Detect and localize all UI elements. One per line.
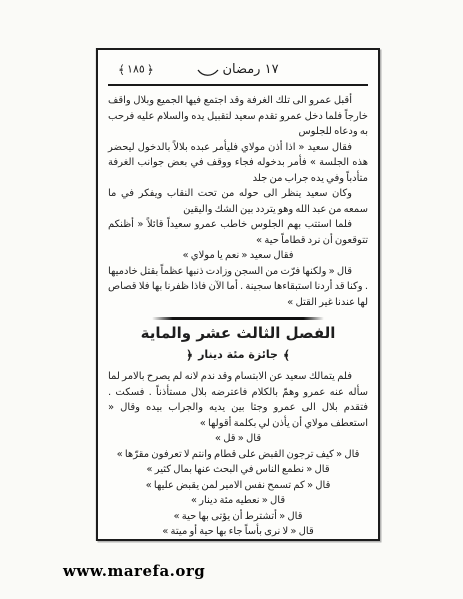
paragraph: وكان سعيد ينظر الى حوله من تحت النقاب وي…	[108, 186, 368, 217]
dialogue-line: قال « كيف ترجون القبض على قطام وانتم لا …	[108, 447, 368, 463]
dialogue-line: قال « نطمع الناس في البحث عنها بمال كثير…	[108, 462, 368, 478]
running-header: ﴾ ١٨٥ ﴿ ١٧ رمضان	[108, 54, 368, 84]
chapter-heading: الفصل الثالث عشر والماية ﴾ جائزة مئة دين…	[108, 324, 368, 361]
paragraph: فقال سعيد « اذا أذن مولاي فليأمر عبده بل…	[108, 140, 368, 187]
dialogue-line: قال « أتشترط أن يؤتى بها حية »	[108, 509, 368, 525]
title-flourish-icon	[197, 68, 219, 77]
paragraph: فلم يتمالك سعيد عن الابتسام وقد ندم لانه…	[108, 369, 368, 431]
chapter-title: الفصل الثالث عشر والماية	[108, 324, 368, 342]
header-rule	[108, 84, 368, 86]
section-divider-rule	[152, 317, 324, 320]
dialogue-line: قال « كم تسمح نفس الامير لمن يقبض عليها …	[108, 478, 368, 494]
page-number: ١٨٥	[127, 63, 145, 76]
chapter-subtitle: جائزة مئة دينار	[198, 348, 278, 361]
dialogue-line: قال « نعطيه مئة دينار »	[108, 493, 368, 509]
dialogue-line: فقال سعيد « نعم يا مولاي »	[108, 248, 368, 264]
book-title: ١٧ رمضان	[197, 62, 278, 77]
dialogue-line: قال « لا نرى بأساً جاء بها حية أو ميتة »	[108, 524, 368, 540]
page-number-group: ﴾ ١٨٥ ﴿	[118, 63, 154, 76]
paragraph: أقبل عمرو الى تلك الغرفة وقد اجتمع فيها …	[108, 93, 368, 140]
paragraph: فلما استتب بهم الجلوس خاطب عمرو سعيداً ق…	[108, 217, 368, 248]
paragraph: قال « ولكنها فرّت من السجن وزادت ذنبها ع…	[108, 264, 368, 311]
ornate-paren-right-icon: ﴿	[147, 63, 154, 75]
chapter-subtitle-group: ﴾ جائزة مئة دينار ﴿	[108, 348, 368, 361]
dialogue-line: قال « قل »	[108, 431, 368, 447]
book-title-text: ١٧ رمضان	[222, 62, 278, 77]
section-two: فلم يتمالك سعيد عن الابتسام وقد ندم لانه…	[108, 369, 368, 540]
ornate-paren-left-icon: ﴾	[283, 349, 290, 361]
watermark: www.marefa.org	[63, 562, 205, 580]
page-border-frame: ﴾ ١٨٥ ﴿ ١٧ رمضان أقبل عمرو الى تلك الغرف…	[96, 48, 380, 541]
ornate-paren-left-icon: ﴾	[118, 63, 125, 75]
section-one: أقبل عمرو الى تلك الغرفة وقد اجتمع فيها …	[108, 93, 368, 310]
ornate-paren-right-icon: ﴿	[186, 349, 193, 361]
